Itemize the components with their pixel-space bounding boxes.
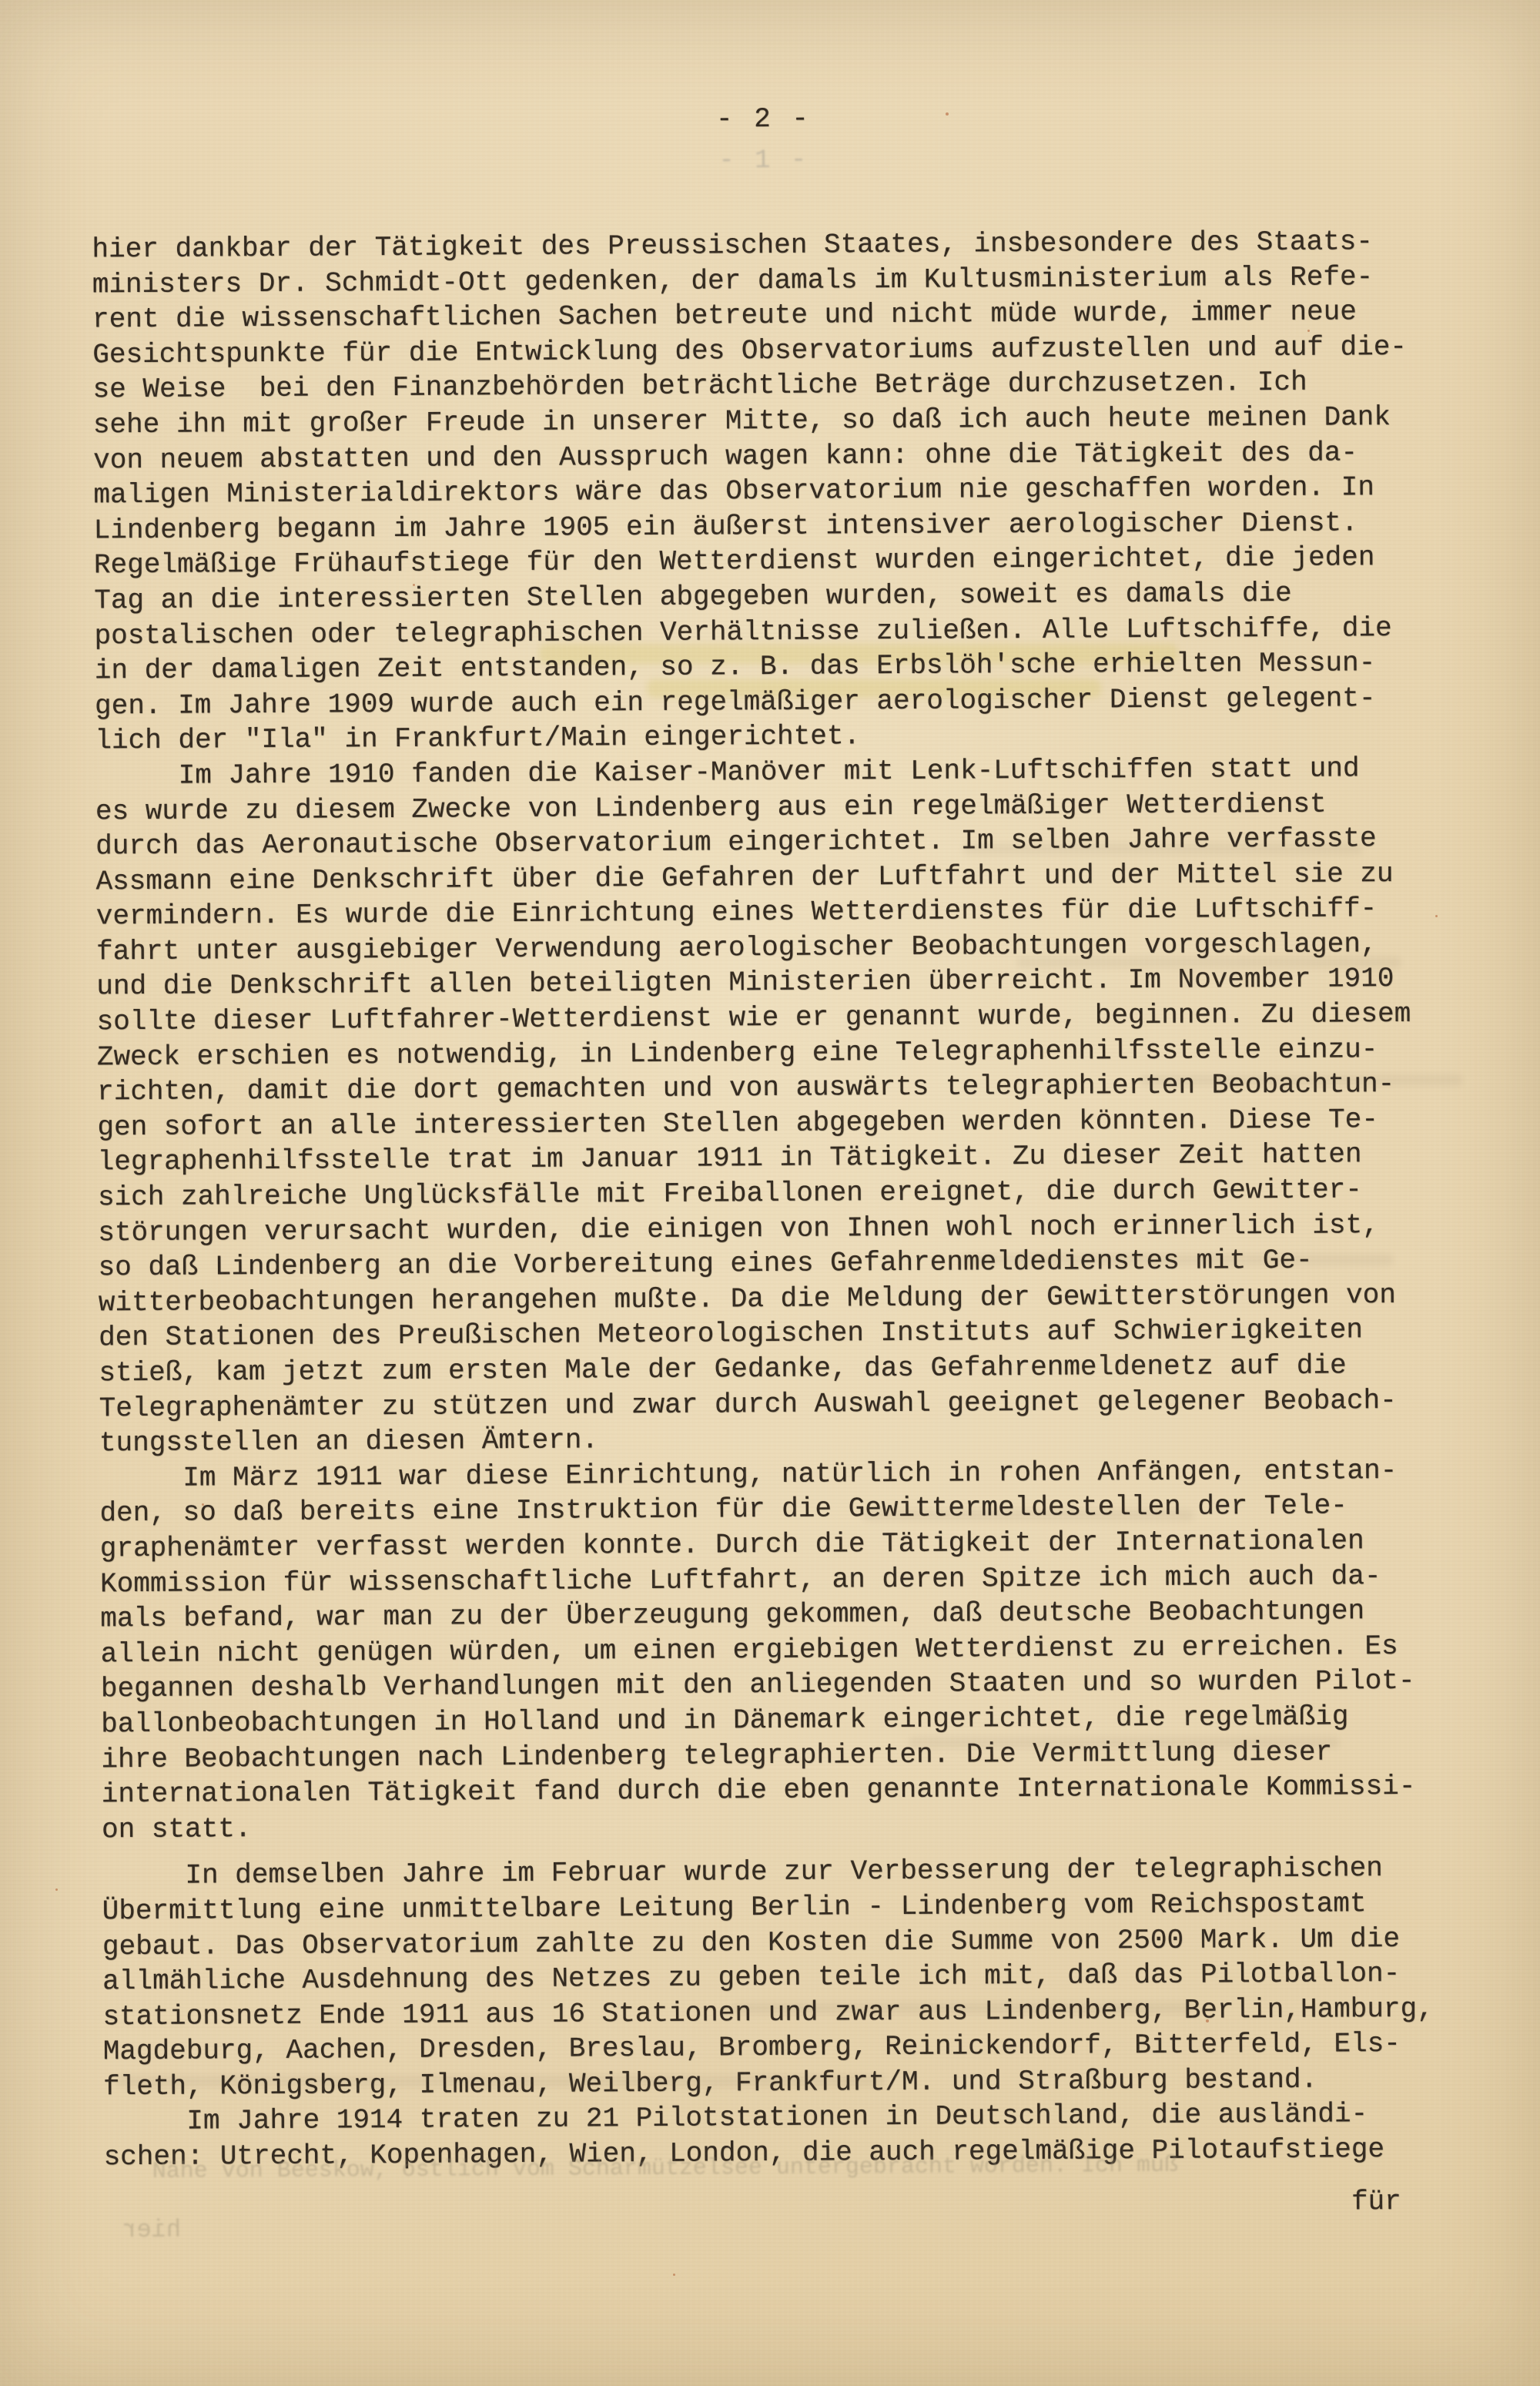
paragraph: hier dankbar der Tätigkeit des Preussisc… xyxy=(92,223,1481,759)
ghost-facing-page-number: - 1 - xyxy=(0,142,1534,180)
catchword: für xyxy=(1351,2186,1401,2217)
ghost-offset-word: hier xyxy=(122,2216,181,2244)
paragraph: Im März 1911 war diese Einrichtung, natü… xyxy=(99,1453,1488,1848)
page-number: - 2 - xyxy=(0,99,1534,139)
document-body: hier dankbar der Tätigkeit des Preussisc… xyxy=(92,223,1489,2175)
paragraph: In demselben Jahre im Februar wurde zur … xyxy=(102,1851,1489,2105)
typed-block: - 1 - - 2 - hier dankbar der Tätigkeit d… xyxy=(0,0,1540,2386)
ghost-offset-line: Nähe von Beeskow, östlich vom Scharmütze… xyxy=(152,2153,1178,2185)
paragraph: Im Jahre 1910 fanden die Kaiser-Manöver … xyxy=(95,750,1486,1461)
document-page-sheet: - 1 - - 2 - hier dankbar der Tätigkeit d… xyxy=(0,0,1540,2386)
